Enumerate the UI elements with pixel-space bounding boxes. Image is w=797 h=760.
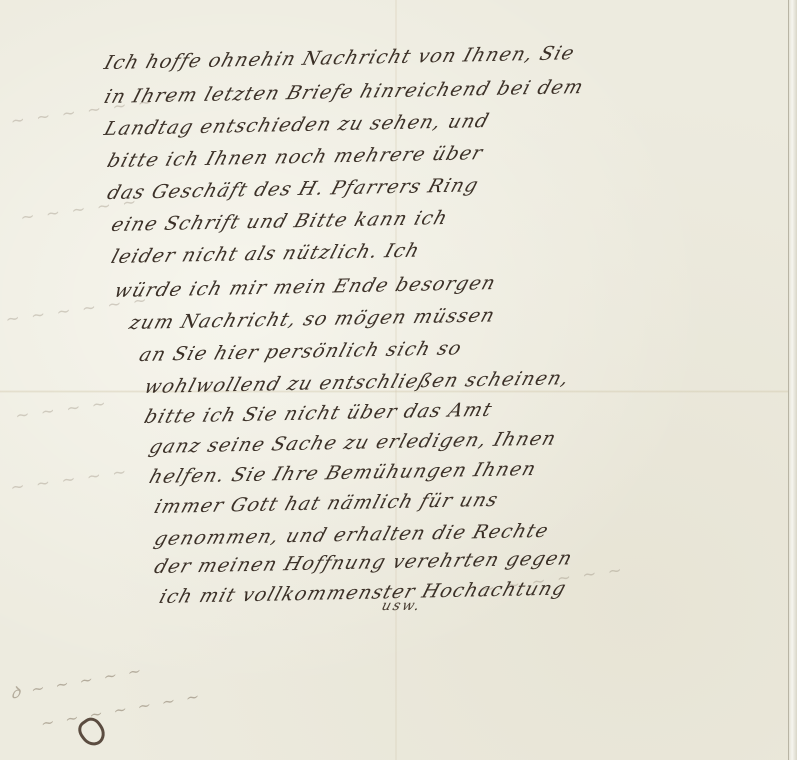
letter-closing: usw. — [380, 598, 423, 614]
paper-edge — [788, 0, 797, 760]
